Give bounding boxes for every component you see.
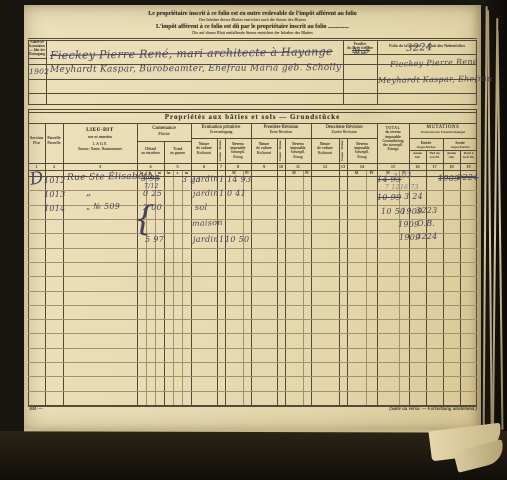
column-number: 18	[443, 164, 460, 169]
grid-line-horizontal	[409, 150, 477, 151]
grid-row-line	[28, 291, 477, 292]
mutations-header: MUTATIONS Nachweis der Fortschreibungen	[409, 125, 477, 134]
grid-line-vertical	[476, 40, 477, 104]
revenu-header-3: Revenu imposable Steuerpfl. Ertrag	[347, 142, 377, 159]
grid-line-vertical	[460, 150, 461, 405]
handwriting-entry: {	[133, 202, 155, 236]
column-number: 5	[164, 164, 191, 169]
page-stack-edge	[481, 0, 507, 480]
handwriting-entry: D	[29, 170, 46, 189]
continuation-note: (Suite au verso. — Fortsetzung umstehend…	[300, 407, 477, 412]
handwriting-entry: jardin	[193, 175, 219, 184]
unit-label: M	[285, 171, 303, 176]
column-number: 6	[191, 164, 217, 169]
column-number: 4	[137, 164, 164, 169]
entree-label-de: Zugeschrieben	[409, 145, 443, 149]
detail-header: Détail im einzelnen	[137, 146, 164, 155]
lieudit-line4: Strasse, Name, Hausnummer	[63, 147, 137, 151]
contenance-label-de: Fläche	[137, 131, 191, 136]
handwriting-entry: 7 12	[385, 185, 400, 191]
mutations-label-de: Nachweis der Fortschreibungen	[409, 130, 477, 134]
revenu2-de2: Ertrag	[285, 155, 311, 159]
parcelle-header: Parcelle Parzelle	[45, 136, 63, 145]
handwriting-entry: 3 95	[141, 175, 160, 183]
column-number: 12	[311, 164, 339, 169]
grid-line-vertical	[28, 109, 29, 405]
column-number: 8	[225, 164, 251, 169]
sortie-header: Sortie Abgeschrieben	[443, 140, 477, 149]
grid-row-line	[28, 262, 477, 263]
revenu1-de2: Ertrag	[225, 155, 251, 159]
handwriting-entry: 1	[219, 236, 224, 244]
handwriting-entry: 1902	[29, 68, 49, 76]
nature1-de: Kulturart	[191, 151, 217, 155]
grid-line-horizontal	[28, 104, 477, 105]
grid-line-vertical	[164, 141, 165, 405]
column-number: 15	[377, 164, 409, 169]
unit-label: M	[347, 171, 366, 176]
handwriting-entry: 3224	[406, 43, 433, 54]
total-column-header: TOTAL du revenu imposable Gesamtbetrag d…	[377, 126, 409, 152]
handwriting-entry: 0 41	[227, 190, 246, 198]
section-header: Section Flur	[28, 136, 45, 146]
column-number: 17	[426, 164, 443, 169]
column-number: 13	[339, 164, 347, 169]
nature-header-1: Nature de culture Kulturart	[191, 142, 217, 155]
nature3-de: Kulturart	[311, 151, 339, 155]
nature-header-3: Nature de culture Kulturart	[311, 142, 339, 155]
handwriting-entry: 3224	[457, 174, 479, 182]
main-table-title: Propriétés aux bâties et sols — Grundstü…	[28, 113, 477, 121]
column-number: 19	[460, 164, 477, 169]
grid-line-horizontal	[28, 405, 477, 407]
grid-line-horizontal	[137, 141, 191, 142]
grid-line-horizontal	[191, 138, 377, 139]
grid-line-vertical	[343, 40, 344, 104]
handwriting-entry: 3223	[416, 207, 438, 215]
handwriting-entry: 5 97	[145, 236, 164, 244]
handwriting-entry: 0 25	[143, 190, 162, 198]
entree-tire-header: Tiré du von Bl.	[426, 152, 443, 160]
revenu3-de2: Ertrag	[347, 155, 377, 159]
entree-tire-de: von Bl.	[426, 156, 443, 160]
handwriting-entry: 3224	[416, 233, 438, 241]
grid-line-vertical	[377, 40, 378, 104]
lieudit-header: LIEU-DIT rue et numéro LAGE Strasse, Nam…	[63, 128, 137, 151]
column-number: 7	[217, 164, 225, 169]
detail-label-de: im einzelnen	[137, 151, 164, 155]
revenu-header-2: Revenu imposable Steuerpfl. Ertrag	[285, 142, 311, 159]
contenance-header: Contenance Fläche	[137, 126, 191, 136]
handwriting-entry: 1013	[44, 191, 66, 199]
prem-label-de: Erste Revision	[251, 130, 311, 134]
grid-line-vertical	[285, 138, 286, 405]
column-number: 9	[251, 164, 277, 169]
handwriting-entry: 1	[219, 176, 224, 184]
unit-label: Pf	[366, 171, 377, 176]
grid-line-vertical	[476, 109, 477, 405]
nature2-de: Kulturart	[251, 151, 277, 155]
handwriting-entry: O.B.	[417, 220, 435, 228]
form-number: 304 —	[29, 407, 43, 412]
handwriting-entry: 10 99	[377, 194, 401, 202]
evaluation-primitive-header: Évaluation primitive Urveranlagung	[191, 125, 251, 134]
column-number: 11	[285, 164, 311, 169]
entree-annee-de: Jahr	[409, 156, 426, 160]
grid-row-line	[28, 305, 477, 306]
handwriting-entry: 3 24	[404, 193, 423, 201]
lieudit-line1: LIEU-DIT	[63, 128, 137, 133]
grid-line-horizontal	[28, 109, 477, 110]
handwriting-entry: sol	[195, 204, 207, 212]
sortie-porte-header: Porté à nach Bl.	[460, 152, 477, 160]
lieudit-line3: LAGE	[63, 141, 137, 146]
grid-row-line	[28, 348, 477, 349]
grid-row-line	[28, 276, 477, 277]
revenu-header-1: Revenu imposable Steuerpfl. Ertrag	[225, 142, 251, 159]
year-column-header: Année de la mutation — Jahr der Eintragu…	[29, 41, 46, 57]
nature-header-2: Nature de culture Kulturart	[251, 142, 277, 155]
grid-line-horizontal	[409, 138, 477, 139]
unit-label: ha	[164, 171, 173, 176]
grid-row-line	[28, 319, 477, 320]
grid-line-horizontal	[28, 112, 477, 113]
sortie-label-de: Abgeschrieben	[443, 145, 477, 149]
grid-line-horizontal	[28, 123, 477, 124]
page-edge-line	[497, 30, 504, 430]
total-subheader: Total im ganzen	[164, 146, 191, 155]
handwriting-entry: „ № 509	[86, 203, 120, 211]
handwriting-entry: № 3	[352, 47, 370, 56]
grid-line-horizontal	[28, 40, 477, 41]
column-number: 2	[45, 164, 63, 169]
grid-row-line	[28, 333, 477, 334]
eval-label-de: Urveranlagung	[191, 130, 251, 134]
header-instruction-de-1: Der Inhaber dieses Blattes entrichtet au…	[28, 18, 477, 23]
grid-line-horizontal	[28, 38, 477, 39]
sortie-annee-de: Jahr	[443, 156, 460, 160]
grid-line-horizontal	[28, 93, 477, 94]
deux-label-de: Zweite Revision	[311, 130, 377, 134]
handwriting-entry: jardin	[193, 236, 219, 244]
handwriting-entry: 1012	[44, 177, 66, 185]
handwriting-entry: maison	[192, 219, 223, 228]
grid-row-line	[28, 376, 477, 377]
column-number: 16	[409, 164, 426, 169]
handwriting-entry: 16 73	[400, 185, 419, 191]
grid-line-horizontal	[28, 58, 46, 59]
grid-line-vertical	[225, 138, 226, 405]
entree-annee-header: Année Jahr	[409, 152, 426, 160]
column-number: 14	[347, 164, 377, 169]
grid-row-line	[28, 248, 477, 249]
scan-background-bottom	[0, 431, 507, 480]
grid-line-vertical	[426, 150, 427, 405]
unit-label: Pf	[303, 171, 311, 176]
entree-header: Entrée Zugeschrieben	[409, 140, 443, 149]
handwriting-entry: 10 50	[225, 236, 249, 244]
section-label-de: Flur	[28, 141, 45, 146]
grid-row-line	[28, 362, 477, 363]
lieudit-line2: rue et numéro	[63, 134, 137, 139]
header-instruction-de-2: Die auf dieses Blatt entfallende Steuer …	[28, 31, 477, 36]
grid-line-vertical	[277, 138, 278, 405]
handwriting-entry: 1014	[44, 205, 66, 213]
deuxieme-revision-header: Deuxième Révision Zweite Revision	[311, 125, 377, 134]
column-number: 3	[63, 164, 137, 169]
handwriting-entry: 3 03	[393, 171, 413, 181]
grid-row-line	[28, 391, 477, 392]
total-sub-label-de: im ganzen	[164, 151, 191, 155]
sortie-porte-de: nach Bl.	[460, 156, 477, 160]
parcelle-label-de: Parzelle	[45, 141, 63, 146]
document-scan: Le propriétaire inscrit à ce folio est e…	[0, 0, 507, 480]
sortie-annee-header: Année Jahr	[443, 152, 460, 160]
grid-line-vertical	[347, 138, 348, 405]
paper-bottom-edge	[24, 428, 476, 432]
unit-label: a	[173, 171, 182, 176]
handwriting-entry: jardin	[193, 190, 219, 198]
handwriting-entry: 1	[219, 190, 224, 198]
premiere-revision-header: Première Révision Erste Revision	[251, 125, 311, 134]
grid-line-vertical	[339, 138, 340, 405]
handwriting-entry: „	[86, 188, 91, 198]
handwriting-entry: 14 93	[227, 176, 251, 184]
total-col-l6: Ertrags	[377, 147, 409, 151]
column-number: 10	[277, 164, 285, 169]
